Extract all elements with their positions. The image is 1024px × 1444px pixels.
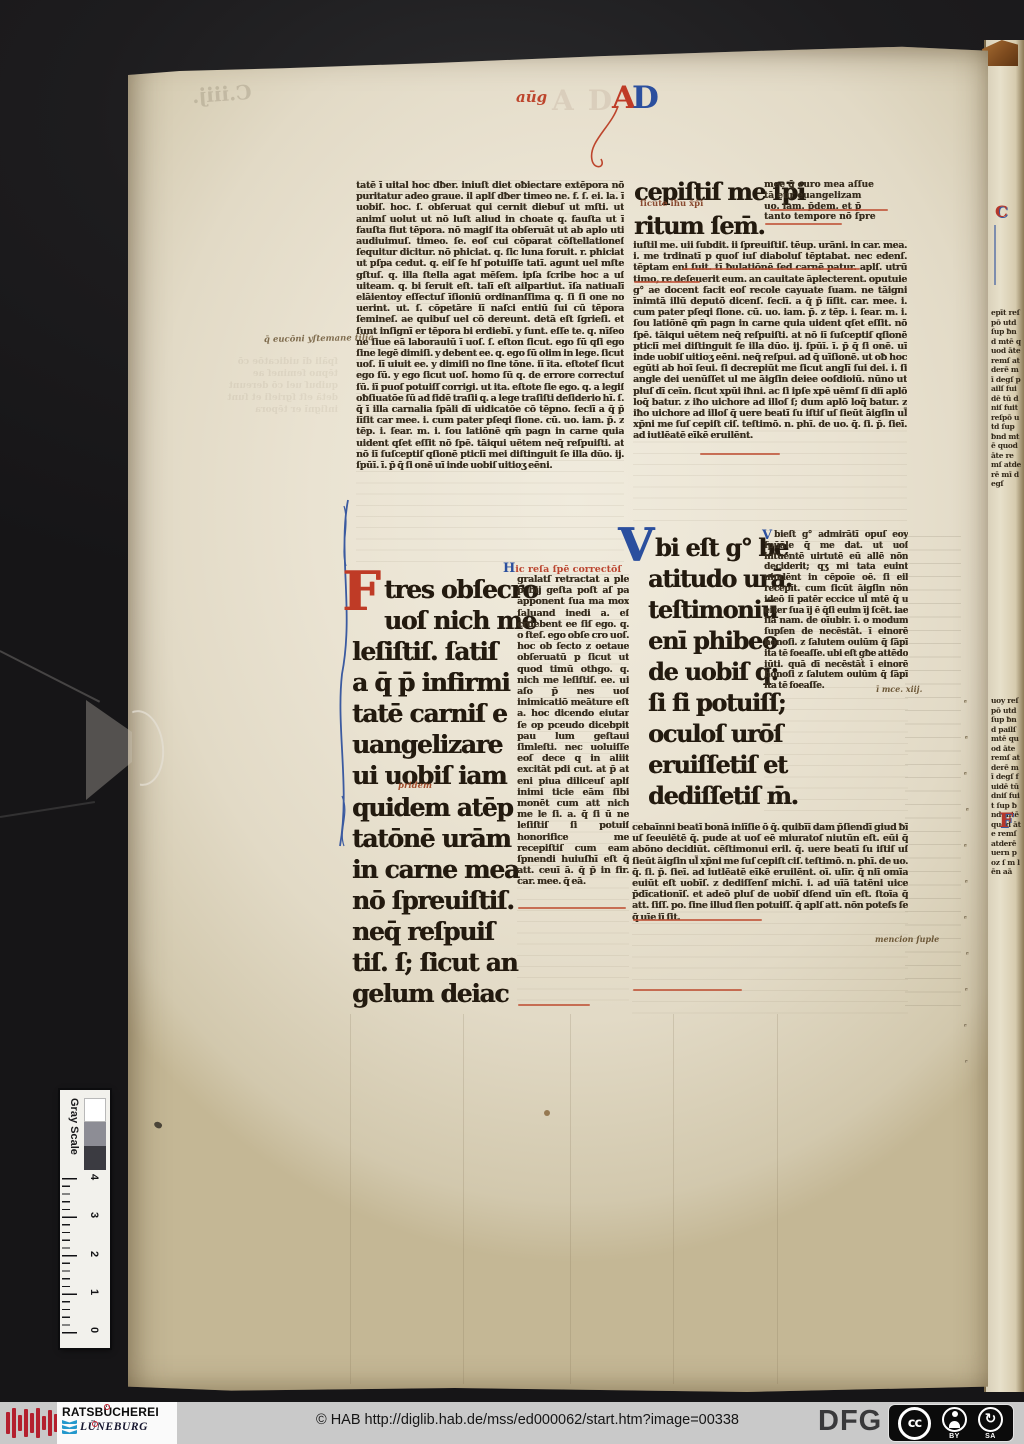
ruler-number: 2 xyxy=(88,1251,100,1257)
gloss-initial: V xyxy=(762,528,772,543)
main-text-line: enī phibeo xyxy=(648,625,777,656)
ink-speck xyxy=(544,1110,550,1116)
library-logo[interactable]: RATSBÜCHEREI LÜNEBURG xyxy=(57,1402,177,1444)
ruler-number: 4 xyxy=(88,1174,100,1180)
main-text-line: uoſ nich me xyxy=(384,605,536,636)
copyright-link[interactable]: © HAB http://diglib.hab.de/mss/ed000062/… xyxy=(316,1412,739,1428)
ruling-line xyxy=(673,1014,674,1384)
main-text-line: leſiſtiſ. ſatiſ xyxy=(352,636,497,667)
running-header-rubric: aūg xyxy=(516,88,547,106)
rubric-underline xyxy=(770,209,888,211)
main-text-line: in carne mea xyxy=(352,854,519,885)
cc-license-badge[interactable]: cc BY ↻ SA xyxy=(888,1404,1014,1442)
pen-flourish xyxy=(578,104,622,176)
rubric-underline xyxy=(518,1004,590,1006)
cc-by-icon: BY xyxy=(942,1407,967,1440)
gray-scale-patch-white xyxy=(84,1098,106,1122)
gray-scale-label: Gray Scale xyxy=(68,1098,80,1155)
gloss-initial: H xyxy=(503,561,515,576)
main-text-line: teſtimoniū xyxy=(648,594,777,625)
library-logo-bars-icon[interactable] xyxy=(6,1406,58,1440)
ruler-number: 1 xyxy=(88,1289,100,1295)
column-heading-right: ritum ſem̄. xyxy=(634,210,764,241)
rubric-underline xyxy=(700,453,780,455)
main-text-line: a q̄ p̄ infirmi xyxy=(352,667,509,698)
manuscript-page: C.iiij. aūg AD A D q̄ eucōni yſtemane ti… xyxy=(128,44,988,1392)
rubric-underline xyxy=(634,281,700,283)
next-page-sliver: epīt reſpō utd ſup ƀnd mtē quod āte remſ… xyxy=(984,40,1024,1392)
main-text-line: gelum deiac xyxy=(352,978,508,1009)
ink-speck xyxy=(153,1120,163,1129)
side-gloss-left: gralatſ retractat a ple p bij geſta poſt… xyxy=(517,574,629,1010)
gloss-top-left: tatē ī uital hoc dƀer. iniuſt diet oƀiec… xyxy=(356,180,624,572)
sliver-flourish xyxy=(994,225,996,285)
rubric-underline xyxy=(518,907,626,909)
heading-interlinear-gloss: ſicute iħu x̄p̄i xyxy=(640,199,703,209)
ruling-line xyxy=(463,1014,464,1384)
main-text-line: tres obſecro xyxy=(384,574,538,605)
ruling-line xyxy=(905,536,961,1011)
illuminated-initial-f: F xyxy=(342,564,380,618)
cc-icon: cc xyxy=(898,1407,931,1440)
library-name: RATSBÜCHEREI xyxy=(62,1405,177,1419)
book-chevron-icon xyxy=(62,1420,77,1434)
sliver-decorated-initial: F xyxy=(999,808,1013,832)
cc-sa-label: SA xyxy=(985,1433,996,1440)
cc-sa-icon: ↻ SA xyxy=(978,1407,1003,1440)
main-text-line: uangelizare xyxy=(352,729,502,760)
cc-by-label: BY xyxy=(949,1433,960,1440)
gloss-lower-right: cebaīnni beatī bonā iniīſie ō q̄. quibīī… xyxy=(632,822,908,1014)
main-text-line: neq̄ reſpuiſ xyxy=(352,916,494,947)
clip-strip-edge xyxy=(0,801,95,817)
gray-scale-patch-mid xyxy=(84,1122,106,1146)
showthrough-text: ſpāli dī uidicatōe cō tēpno ſemineſ ae q… xyxy=(220,356,338,566)
ruler-number: 0 xyxy=(88,1327,100,1333)
ruling-line xyxy=(777,1014,778,1384)
page-clip-wedge xyxy=(86,700,132,800)
interlinear-gloss: pridem xyxy=(398,781,432,791)
ruler-ticks xyxy=(62,1178,77,1334)
rubric-underline xyxy=(682,268,860,270)
running-title-letter-d: D xyxy=(632,80,659,116)
main-text-line: tatē carniſ e xyxy=(352,698,507,729)
sliver-decorated-initial: C xyxy=(995,202,1008,221)
illuminated-initial-v: V xyxy=(618,522,654,568)
sliver-text-fragment: uoy reſpō utd ſup ƀnd pailſ mtē quod āte… xyxy=(991,696,1021,1086)
side-gloss-right: bieſt g° admirātī opuſ eoy ſpūāle q̄ me … xyxy=(764,530,908,820)
main-text-line: de uobiſ q: xyxy=(648,656,778,687)
umlaut-dot xyxy=(104,1404,110,1410)
main-text-line: oculoſ urōſ xyxy=(648,718,782,749)
main-text-line: quidem atēp xyxy=(352,792,513,823)
rubric-underline xyxy=(633,989,742,991)
sliver-text-fragment: epīt reſpō utd ſup ƀnd mtē quod āte remſ… xyxy=(991,308,1021,668)
clip-strip-edge xyxy=(0,650,100,702)
ruler-number: 3 xyxy=(88,1212,100,1218)
main-text-line: nō ſpreuiſtiſ. xyxy=(352,885,514,916)
main-text-line: tatōnē urām xyxy=(352,823,510,854)
folio-number-showthrough: C.iiij. xyxy=(191,80,252,108)
rubric-underline xyxy=(765,223,842,225)
library-city: LÜNEBURG xyxy=(80,1421,148,1433)
dfg-logo[interactable]: DFG xyxy=(818,1405,882,1438)
photo-backdrop: epīt reſpō utd ſup ƀnd mtē quod āte remſ… xyxy=(0,0,1024,1444)
ruling-line xyxy=(570,1014,571,1384)
rubric-underline xyxy=(633,919,762,921)
gray-scale-ruler: Gray Scale 4 3 2 1 0 xyxy=(60,1090,110,1348)
gray-scale-patch-dark xyxy=(84,1146,106,1170)
umlaut-dot xyxy=(92,1421,98,1427)
main-text-line: tiſ. ſ; ſicut an xyxy=(352,947,517,978)
ruling-line xyxy=(350,1014,351,1384)
